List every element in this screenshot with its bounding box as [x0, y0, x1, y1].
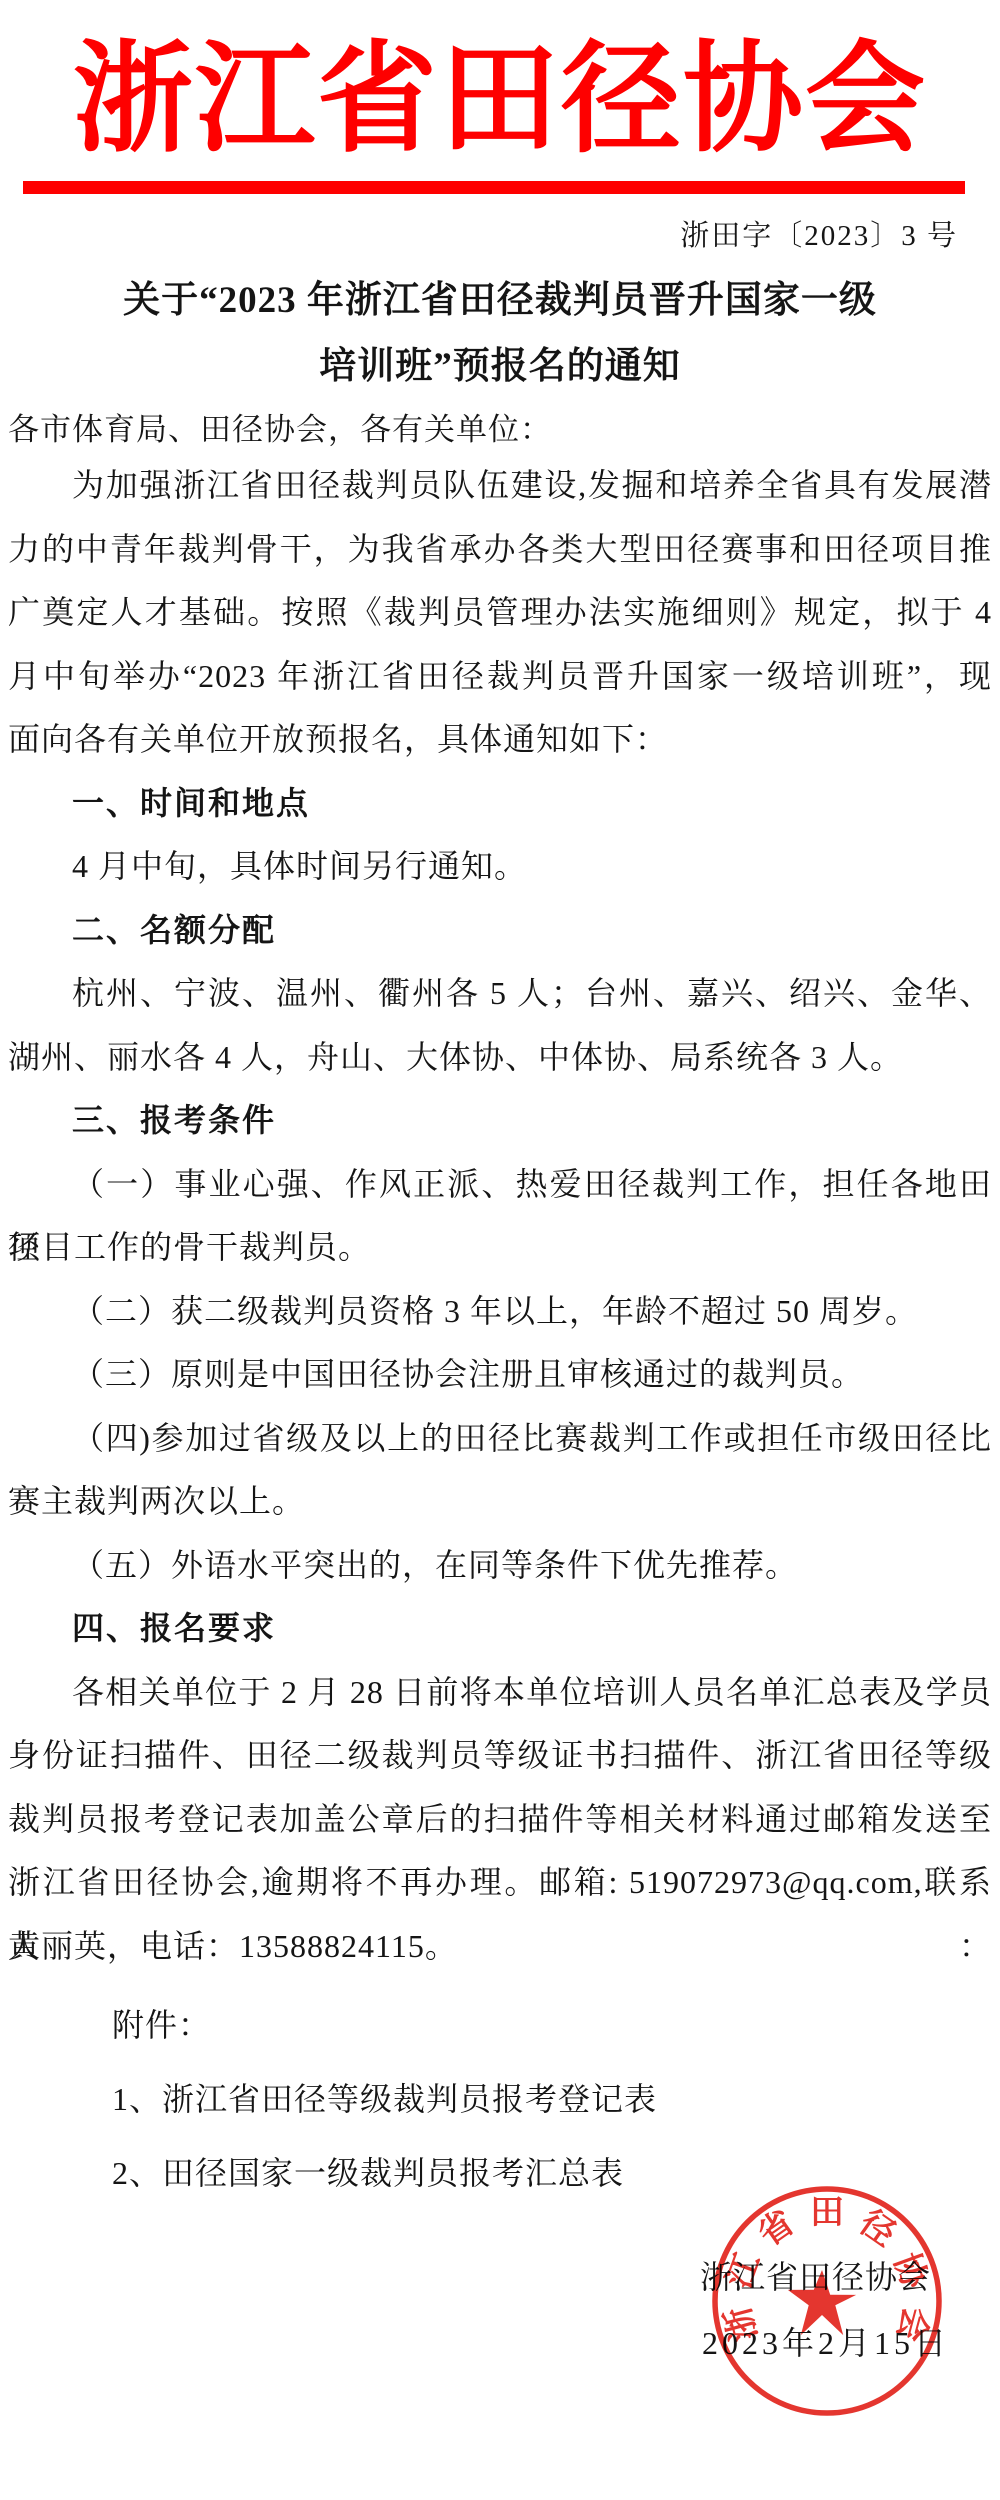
- official-seal: 浙 江 省 田 径 协 会: [707, 2181, 947, 2421]
- body-line: 项目工作的骨干裁判员。: [8, 1216, 992, 1280]
- body-line: 4 月中旬，具体时间另行通知。: [8, 835, 992, 899]
- red-header-org-title: 浙江省田径协会: [0, 38, 1000, 162]
- section-heading: 二、名额分配: [8, 899, 992, 963]
- attachment-item: 1、浙江省田径等级裁判员报考登记表: [112, 2062, 657, 2136]
- seal-star-icon: [788, 2270, 856, 2335]
- body-line: 杭州、宁波、温州、衢州各 5 人；台州、嘉兴、绍兴、金华、: [8, 962, 992, 1026]
- body-line: 湖州、丽水各 4 人，舟山、大体协、中体协、局系统各 3 人。: [8, 1026, 992, 1090]
- body-line: 力的中青年裁判骨干，为我省承办各类大型田径赛事和田径项目推: [8, 518, 992, 582]
- seal-arc-char: 会: [890, 2303, 936, 2346]
- body-line: （三）原则是中国田径协会注册且审核通过的裁判员。: [8, 1343, 992, 1407]
- body-line: 面向各有关单位开放预报名，具体通知如下：: [8, 708, 992, 772]
- body-line: 广奠定人才基础。按照《裁判员管理办法实施细则》规定，拟于 4: [8, 581, 992, 645]
- attachment-label: 附件：: [112, 1988, 657, 2062]
- body-line: （一）事业心强、作风正派、热爱田径裁判工作，担任各地田径: [8, 1153, 992, 1217]
- seal-arc-char: 江: [721, 2249, 767, 2294]
- attachment-item: 2、田径国家一级裁判员报考汇总表: [112, 2136, 657, 2210]
- attachments-block: 附件： 1、浙江省田径等级裁判员报考登记表2、田径国家一级裁判员报考汇总表: [112, 1988, 657, 2210]
- document-page: 浙江省田径协会 浙田字〔2023〕3 号 关于“2023 年浙江省田径裁判员晋升…: [0, 0, 1000, 2500]
- red-divider-rule: [23, 181, 965, 194]
- body-line: （四)参加过省级及以上的田径比赛裁判工作或担任市级田径比: [8, 1407, 992, 1471]
- body-line: （五）外语水平突出的，在同等条件下优先推荐。: [8, 1534, 992, 1598]
- body-line: 为加强浙江省田径裁判员队伍建设,发掘和培养全省具有发展潜: [8, 454, 992, 518]
- attachment-items: 1、浙江省田径等级裁判员报考登记表2、田径国家一级裁判员报考汇总表: [112, 2062, 657, 2210]
- body-line: 各相关单位于 2 月 28 日前将本单位培训人员名单汇总表及学员: [8, 1661, 992, 1725]
- body-line: 浙江省田径协会,逾期将不再办理。邮箱: 519072973@qq.com,联系人…: [8, 1851, 992, 1915]
- notice-title-line1: 关于“2023 年浙江省田径裁判员晋升国家一级: [0, 268, 1000, 334]
- section-heading: 三、报考条件: [8, 1089, 992, 1153]
- section-heading: 一、时间和地点: [8, 772, 992, 836]
- seal-arc-char: 浙: [719, 2303, 765, 2346]
- seal-arc-char: 田: [810, 2195, 844, 2232]
- notice-title-line2: 培训班”预报名的通知: [0, 334, 1000, 400]
- body-line: 裁判员报考登记表加盖公章后的扫描件等相关材料通过邮箱发送至: [8, 1788, 992, 1852]
- body-line: 身份证扫描件、田径二级裁判员等级证书扫描件、浙江省田径等级: [8, 1724, 992, 1788]
- section-heading: 四、报名要求: [8, 1597, 992, 1661]
- body-line: （二）获二级裁判员资格 3 年以上，年龄不超过 50 周岁。: [8, 1280, 992, 1344]
- body-line: 月中旬举办“2023 年浙江省田径裁判员晋升国家一级培训班”，现: [8, 645, 992, 709]
- doc-number: 浙田字〔2023〕3 号: [680, 213, 958, 254]
- notice-title: 关于“2023 年浙江省田径裁判员晋升国家一级 培训班”预报名的通知: [0, 268, 1000, 400]
- body-line: 赛主裁判两次以上。: [8, 1470, 992, 1534]
- salutation: 各市体育局、田径协会，各有关单位：: [8, 404, 552, 449]
- body-lines: 为加强浙江省田径裁判员队伍建设,发掘和培养全省具有发展潜力的中青年裁判骨干，为我…: [8, 454, 992, 1978]
